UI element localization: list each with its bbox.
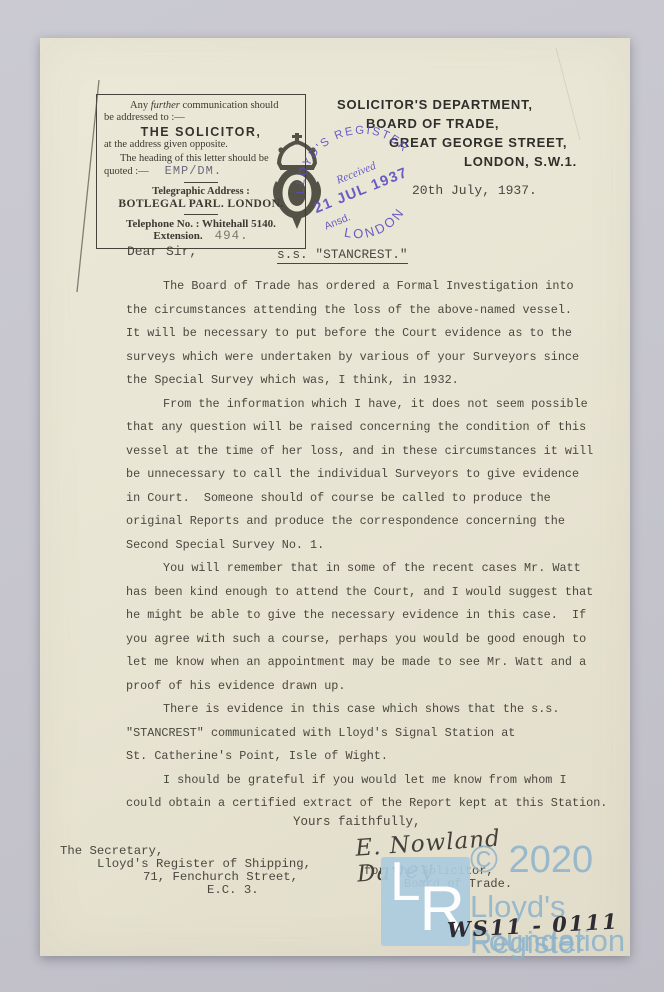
- letter-line: proof of his evidence drawn up.: [126, 675, 632, 699]
- notice-any: Any: [130, 100, 151, 111]
- salutation: Dear Sir,: [127, 244, 197, 259]
- paragraph: You will remember that in some of the re…: [126, 557, 632, 698]
- letter-line: I should be grateful if you would let me…: [126, 769, 632, 793]
- signature-for-line: for the Solicitor,: [364, 864, 494, 878]
- letter-line: Second Special Survey No. 1.: [126, 534, 632, 558]
- letter-line: St. Catherine's Point, Isle of Wight.: [126, 745, 632, 769]
- paragraph: The Board of Trade has ordered a Formal …: [126, 275, 632, 393]
- quoted-label: quoted :—: [104, 166, 149, 177]
- notice-further: further: [151, 100, 180, 111]
- notice-line-2: be addressed to :—: [104, 112, 298, 124]
- notice-line: Any further communication should: [104, 100, 298, 112]
- letter-line: has been kind enough to attend the Court…: [126, 581, 632, 605]
- signature-org-line: Board of Trade.: [404, 877, 512, 891]
- letter-line: It will be necessary to put before the C…: [126, 322, 632, 346]
- stamp-arc-bottom: LONDON: [338, 201, 412, 250]
- letterhead-department: SOLICITOR'S DEPARTMENT,: [337, 97, 533, 112]
- letter-line: let me know when an appointment may be m…: [126, 651, 632, 675]
- recipient-address: The Secretary, Lloyd's Register of Shipp…: [60, 845, 311, 897]
- letter-line: vessel at the time of her loss, and in t…: [126, 440, 632, 464]
- letter-line: "STANCREST" communicated with Lloyd's Si…: [126, 722, 632, 746]
- paragraph: I should be grateful if you would let me…: [126, 769, 632, 816]
- letter-line: the Special Survey which was, I think, i…: [126, 369, 632, 393]
- extension-number: 494.: [215, 229, 249, 243]
- letter-line: be unnecessary to call the individual Su…: [126, 463, 632, 487]
- paragraph: From the information which I have, it do…: [126, 393, 632, 558]
- closing: Yours faithfully,: [293, 815, 421, 829]
- letter-line: From the information which I have, it do…: [126, 393, 632, 417]
- subject-line: s.s. "STANCREST.": [277, 247, 408, 264]
- letter-line: surveys which were undertaken by various…: [126, 346, 632, 370]
- letter-date: 20th July, 1937.: [412, 183, 537, 198]
- letter-body: The Board of Trade has ordered a Formal …: [126, 275, 632, 816]
- notice-rest: communication should: [180, 100, 279, 111]
- letter-line: you agree with such a course, perhaps yo…: [126, 628, 632, 652]
- letter-line: original Reports and produce the corresp…: [126, 510, 632, 534]
- received-stamp: LLOYD'S REGISTER Received 21 JUL 1937 An…: [289, 124, 429, 252]
- letter-line: There is evidence in this case which sho…: [126, 698, 632, 722]
- divider: [184, 214, 218, 215]
- letter-line: You will remember that in some of the re…: [126, 557, 632, 581]
- extension-label: Extension.: [153, 230, 202, 242]
- svg-text:LONDON: LONDON: [338, 201, 412, 250]
- letter-line: could obtain a certified extract of the …: [126, 792, 632, 816]
- reference-code: EMP/DM.: [165, 164, 222, 178]
- letter-line: he might be able to give the necessary e…: [126, 604, 632, 628]
- letter-line: the circumstances attending the loss of …: [126, 299, 632, 323]
- divider: [184, 182, 218, 183]
- paragraph: There is evidence in this case which sho…: [126, 698, 632, 769]
- letter-line: that any question will be raised concern…: [126, 416, 632, 440]
- recipient-line: E.C. 3.: [207, 884, 311, 897]
- letter-line: in Court. Someone should of course be ca…: [126, 487, 632, 511]
- letter-line: The Board of Trade has ordered a Formal …: [126, 275, 632, 299]
- scanned-letter-page: { "colors": { "paper": "#e9e5d4", "typew…: [0, 0, 664, 992]
- letterhead-city: LONDON, S.W.1.: [464, 154, 577, 169]
